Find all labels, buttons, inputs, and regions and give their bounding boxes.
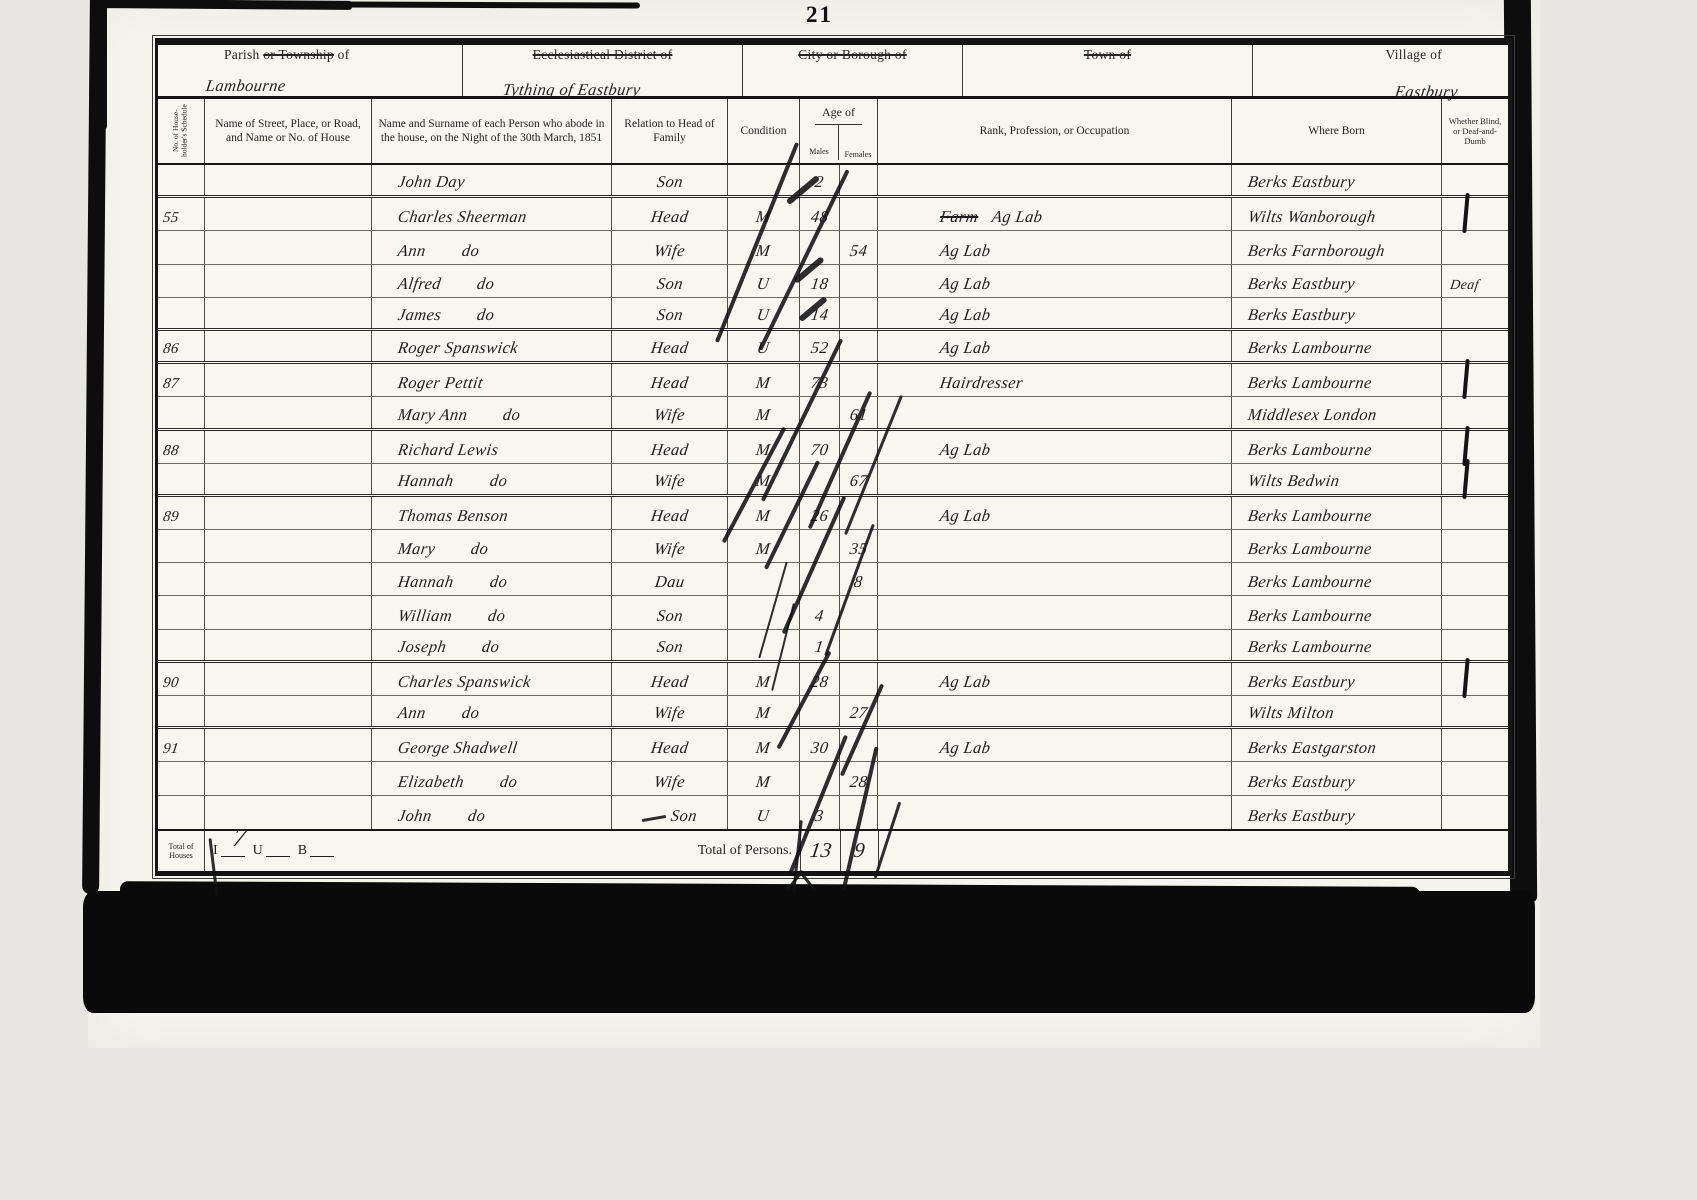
table-row: Hannahdo Dau 8 Berks Lambourne xyxy=(158,563,1508,596)
table-row: Anndo Wife M 27 Wilts Milton xyxy=(158,696,1508,729)
occupation-cell: Ag Lab xyxy=(878,298,1232,328)
street-cell xyxy=(205,696,372,726)
schedule-cell xyxy=(158,696,205,726)
occupation-cell: Ag Lab xyxy=(878,497,1232,529)
relation-cell: Wife xyxy=(612,696,728,726)
age-female-cell xyxy=(840,298,878,328)
schedule-cell xyxy=(158,530,205,562)
where-born-cell: Berks Lambourne xyxy=(1232,630,1442,660)
infirmity-cell xyxy=(1442,231,1508,263)
infirmity-cell xyxy=(1442,364,1508,396)
where-born-cell: Berks Eastbury xyxy=(1232,265,1442,297)
name-cell: Mary Anndo xyxy=(372,397,612,427)
name-cell: Williamdo xyxy=(372,596,612,628)
inhabited-count: 7 xyxy=(231,823,249,853)
occupation-cell: Ag Lab xyxy=(878,729,1232,761)
name-cell: Anndo xyxy=(372,231,612,263)
relation-cell: Wife xyxy=(612,397,728,427)
schedule-cell: 90 xyxy=(158,663,205,695)
age-female-cell xyxy=(840,265,878,297)
infirmity-cell xyxy=(1442,298,1508,328)
age-female-cell xyxy=(840,198,878,230)
place-header-band: Parish or Township of Lambourne Ecclesia… xyxy=(158,45,1508,99)
name-cell: Thomas Benson xyxy=(372,497,612,529)
relation-cell: Son xyxy=(612,596,728,628)
where-born-cell: Berks Lambourne xyxy=(1232,331,1442,361)
table-row: Alfreddo Son U 18 Ag Lab Berks Eastbury … xyxy=(158,265,1508,298)
street-cell xyxy=(205,331,372,361)
occupation-cell xyxy=(878,762,1232,794)
infirmity-cell xyxy=(1442,331,1508,361)
street-cell xyxy=(205,431,372,463)
condition-cell: M xyxy=(728,729,800,761)
age-male-cell: 30 xyxy=(800,729,840,761)
schedule-cell: 89 xyxy=(158,497,205,529)
page-number: 21 xyxy=(806,2,833,28)
schedule-cell xyxy=(158,762,205,794)
name-cell: Richard Lewis xyxy=(372,431,612,463)
street-cell xyxy=(205,497,372,529)
relation-cell: Head xyxy=(612,431,728,463)
infirmity-cell xyxy=(1442,563,1508,595)
totals-empty xyxy=(878,831,1508,871)
street-cell xyxy=(205,663,372,695)
infirmity-cell xyxy=(1442,696,1508,726)
schedule-cell xyxy=(158,563,205,595)
age-female-cell xyxy=(840,663,878,695)
relation-cell: Head xyxy=(612,198,728,230)
condition-cell: M xyxy=(728,530,800,562)
occupation-cell xyxy=(878,464,1232,494)
relation-cell: Son xyxy=(612,298,728,328)
column-header-street: Name of Street, Place, or Road, and Name… xyxy=(205,99,372,163)
age-female-cell xyxy=(840,364,878,396)
schedule-cell xyxy=(158,796,205,829)
infirmity-cell xyxy=(1442,431,1508,463)
infirmity-cell xyxy=(1442,729,1508,761)
condition-cell: U xyxy=(728,796,800,829)
age-male-cell xyxy=(800,696,840,726)
infirmity-cell xyxy=(1442,630,1508,660)
where-born-cell: Middlesex London xyxy=(1232,397,1442,427)
houses-totals: I 7 U B xyxy=(205,831,372,871)
occupation-cell xyxy=(878,796,1232,829)
occupation-cell xyxy=(878,596,1232,628)
relation-cell: Head xyxy=(612,331,728,361)
where-born-cell: Berks Eastgarston xyxy=(1232,729,1442,761)
infirmity-cell xyxy=(1442,663,1508,695)
where-born-cell: Berks Lambourne xyxy=(1232,596,1442,628)
column-header-name: Name and Surname of each Person who abod… xyxy=(372,99,612,163)
age-male-cell: 70 xyxy=(800,431,840,463)
where-born-cell: Wilts Bedwin xyxy=(1232,464,1442,494)
occupation-cell xyxy=(878,165,1232,195)
parish-value: Lambourne xyxy=(205,76,287,96)
totals-row: Total of Houses I 7 U B Total of Persons… xyxy=(158,829,1508,871)
name-cell: Roger Spanswick xyxy=(372,331,612,361)
name-cell: Marydo xyxy=(372,530,612,562)
name-cell: Charles Spanswick xyxy=(372,663,612,695)
street-cell xyxy=(205,596,372,628)
schedule-cell xyxy=(158,231,205,263)
infirmity-cell xyxy=(1442,165,1508,195)
infirmity-cell xyxy=(1442,762,1508,794)
column-header-where-born: Where Born xyxy=(1232,99,1442,163)
header-field-ecclesiastical-district: Ecclesiastical District of Tything of Ea… xyxy=(463,45,743,96)
name-cell: George Shadwell xyxy=(372,729,612,761)
where-born-cell: Berks Lambourne xyxy=(1232,530,1442,562)
schedule-cell: 86 xyxy=(158,331,205,361)
name-cell: Roger Pettit xyxy=(372,364,612,396)
relation-cell: Wife xyxy=(612,231,728,263)
column-header-schedule: No. of House-holder's Schedule xyxy=(158,99,205,163)
occupation-cell: Ag Lab xyxy=(878,431,1232,463)
street-cell xyxy=(205,563,372,595)
where-born-cell: Berks Eastbury xyxy=(1232,165,1442,195)
street-cell xyxy=(205,796,372,829)
street-cell xyxy=(205,198,372,230)
header-field-town: Town of xyxy=(963,45,1253,96)
relation-cell: Son xyxy=(612,165,728,195)
where-born-cell: Berks Eastbury xyxy=(1232,663,1442,695)
scan-edge-top-streak xyxy=(102,0,352,10)
occupation-struck-word: Farm xyxy=(939,207,980,227)
street-cell xyxy=(205,729,372,761)
ecclesiastical-district-label: Ecclesiastical District of xyxy=(469,47,736,63)
where-born-cell: Berks Eastbury xyxy=(1232,762,1442,794)
total-persons-label: Total of Persons. xyxy=(372,831,800,871)
table-row: Marydo Wife M 35 Berks Lambourne xyxy=(158,530,1508,563)
condition-cell: M xyxy=(728,762,800,794)
where-born-cell: Berks Farnborough xyxy=(1232,231,1442,263)
relation-scribble xyxy=(642,815,666,822)
occupation-cell xyxy=(878,630,1232,660)
relation-cell: Head xyxy=(612,364,728,396)
column-header-condition: Condition xyxy=(728,99,800,163)
town-label: Town of xyxy=(969,47,1246,63)
schedule-cell xyxy=(158,298,205,328)
occupation-cell: Ag Lab xyxy=(878,231,1232,263)
table-row: 87 Roger Pettit Head M 73 Hairdresser Be… xyxy=(158,364,1508,397)
schedule-cell xyxy=(158,165,205,195)
table-row: 91 George Shadwell Head M 30 Ag Lab Berk… xyxy=(158,729,1508,762)
occupation-cell: Hairdresser xyxy=(878,364,1232,396)
street-cell xyxy=(205,165,372,195)
where-born-cell: Berks Eastbury xyxy=(1232,796,1442,829)
scan-edge-top-streak xyxy=(340,1,640,8)
infirmity-cell xyxy=(1442,198,1508,230)
table-row: Anndo Wife M 54 Ag Lab Berks Farnborough xyxy=(158,231,1508,264)
schedule-cell: 91 xyxy=(158,729,205,761)
occupation-cell: Ag Lab xyxy=(878,663,1232,695)
street-cell xyxy=(205,265,372,297)
occupation-cell xyxy=(878,397,1232,427)
name-cell: Johndo xyxy=(372,796,612,829)
schedule-cell xyxy=(158,630,205,660)
infirmity-tick-mark xyxy=(1462,359,1469,399)
header-field-village: Village of Eastbury xyxy=(1253,45,1508,96)
relation-cell: Wife xyxy=(612,464,728,494)
where-born-cell: Berks Lambourne xyxy=(1232,431,1442,463)
uninhabited-blank xyxy=(266,844,290,857)
column-header-males: Males xyxy=(800,125,839,160)
age-female-cell: 54 xyxy=(840,231,878,263)
infirmity-tick-mark xyxy=(1462,193,1469,233)
age-female-cell xyxy=(840,630,878,660)
name-cell: Hannahdo xyxy=(372,563,612,595)
name-cell: Hannahdo xyxy=(372,464,612,494)
schedule-cell: 88 xyxy=(158,431,205,463)
occupation-cell xyxy=(878,696,1232,726)
infirmity-tick-mark xyxy=(1462,658,1469,698)
street-cell xyxy=(205,762,372,794)
parish-label: Parish or Township of xyxy=(164,47,456,63)
infirmity-tick-mark xyxy=(1462,459,1469,499)
column-header-age: Age of Males Females xyxy=(800,99,878,163)
schedule-cell: 55 xyxy=(158,198,205,230)
name-cell: Alfreddo xyxy=(372,265,612,297)
village-label: Village of xyxy=(1259,47,1502,63)
table-row: Williamdo Son 4 Berks Lambourne xyxy=(158,596,1508,629)
where-born-cell: Berks Lambourne xyxy=(1232,497,1442,529)
table-row: 90 Charles Spanswick Head M 28 Ag Lab Be… xyxy=(158,663,1508,696)
infirmity-cell xyxy=(1442,497,1508,529)
column-header-infirmity: Whether Blind, or Deaf-and-Dumb xyxy=(1442,99,1508,163)
street-cell xyxy=(205,231,372,263)
relation-cell: Head xyxy=(612,663,728,695)
occupation-cell: Ag Lab xyxy=(878,265,1232,297)
condition-cell: M xyxy=(728,397,800,427)
infirmity-cell xyxy=(1442,596,1508,628)
relation-cell: Wife xyxy=(612,762,728,794)
street-cell xyxy=(205,464,372,494)
name-cell: John Day xyxy=(372,165,612,195)
infirmity-cell: Deaf xyxy=(1442,265,1508,297)
relation-cell: Son xyxy=(612,265,728,297)
relation-cell: Head xyxy=(612,729,728,761)
relation-cell: Dau xyxy=(612,563,728,595)
column-header-occupation: Rank, Profession, or Occupation xyxy=(878,99,1232,163)
census-form: Parish or Township of Lambourne Ecclesia… xyxy=(155,38,1512,876)
table-row: Jamesdo Son U 14 Ag Lab Berks Eastbury xyxy=(158,298,1508,331)
condition-cell: M xyxy=(728,231,800,263)
street-cell xyxy=(205,530,372,562)
street-cell xyxy=(205,298,372,328)
relation-cell: Head xyxy=(612,497,728,529)
scan-edge-bottom-band xyxy=(83,891,1535,1013)
where-born-cell: Wilts Wanborough xyxy=(1232,198,1442,230)
ecclesiastical-district-value: Tything of Eastbury xyxy=(502,80,642,100)
header-field-city-borough: City or Borough of xyxy=(743,45,963,96)
name-cell: Jamesdo xyxy=(372,298,612,328)
uninhabited-label: U xyxy=(253,843,263,859)
street-cell xyxy=(205,630,372,660)
where-born-cell: Berks Eastbury xyxy=(1232,298,1442,328)
where-born-cell: Berks Lambourne xyxy=(1232,364,1442,396)
column-header-females: Females xyxy=(839,150,877,160)
name-cell: Elizabethdo xyxy=(372,762,612,794)
age-male-cell: 4 xyxy=(800,596,840,628)
where-born-cell: Wilts Milton xyxy=(1232,696,1442,726)
name-cell: Charles Sheerman xyxy=(372,198,612,230)
street-cell xyxy=(205,364,372,396)
occupation-cell xyxy=(878,530,1232,562)
name-cell: Josephdo xyxy=(372,630,612,660)
street-cell xyxy=(205,397,372,427)
city-borough-label: City or Borough of xyxy=(749,47,956,63)
infirmity-cell xyxy=(1442,464,1508,494)
age-female-cell xyxy=(840,331,878,361)
infirmity-cell xyxy=(1442,796,1508,829)
column-header-relation: Relation to Head of Family xyxy=(612,99,728,163)
condition-cell: U xyxy=(728,298,800,328)
building-blank xyxy=(310,844,334,857)
relation-cell: Wife xyxy=(612,530,728,562)
condition-cell xyxy=(728,165,800,195)
table-row: Mary Anndo Wife M 61 Middlesex London xyxy=(158,397,1508,430)
schedule-cell: 87 xyxy=(158,364,205,396)
total-houses-label: Total of Houses xyxy=(158,831,205,871)
relation-cell: Son xyxy=(612,630,728,660)
relation-cell: Son xyxy=(612,796,728,829)
infirmity-cell xyxy=(1442,397,1508,427)
scan-edge-left-smudge xyxy=(98,0,107,130)
schedule-cell xyxy=(158,596,205,628)
name-cell: Anndo xyxy=(372,696,612,726)
census-rows: John Day Son 2 Berks Eastbury 55 Charles… xyxy=(158,165,1508,829)
schedule-cell xyxy=(158,464,205,494)
column-header-row: No. of House-holder's Schedule Name of S… xyxy=(158,99,1508,165)
occupation-cell: FarmAg Lab xyxy=(878,198,1232,230)
table-row: Johndo Son U 3 Berks Eastbury xyxy=(158,796,1508,829)
header-field-parish: Parish or Township of Lambourne xyxy=(158,45,463,96)
occupation-cell xyxy=(878,563,1232,595)
occupation-cell: Ag Lab xyxy=(878,331,1232,361)
condition-cell: M xyxy=(728,663,800,695)
table-row: 88 Richard Lewis Head M 70 Ag Lab Berks … xyxy=(158,431,1508,464)
total-females: 9 xyxy=(840,831,878,871)
schedule-cell xyxy=(158,397,205,427)
schedule-cell xyxy=(158,265,205,297)
condition-cell: M xyxy=(728,364,800,396)
building-label: B xyxy=(298,843,307,859)
infirmity-cell xyxy=(1442,530,1508,562)
where-born-cell: Berks Lambourne xyxy=(1232,563,1442,595)
